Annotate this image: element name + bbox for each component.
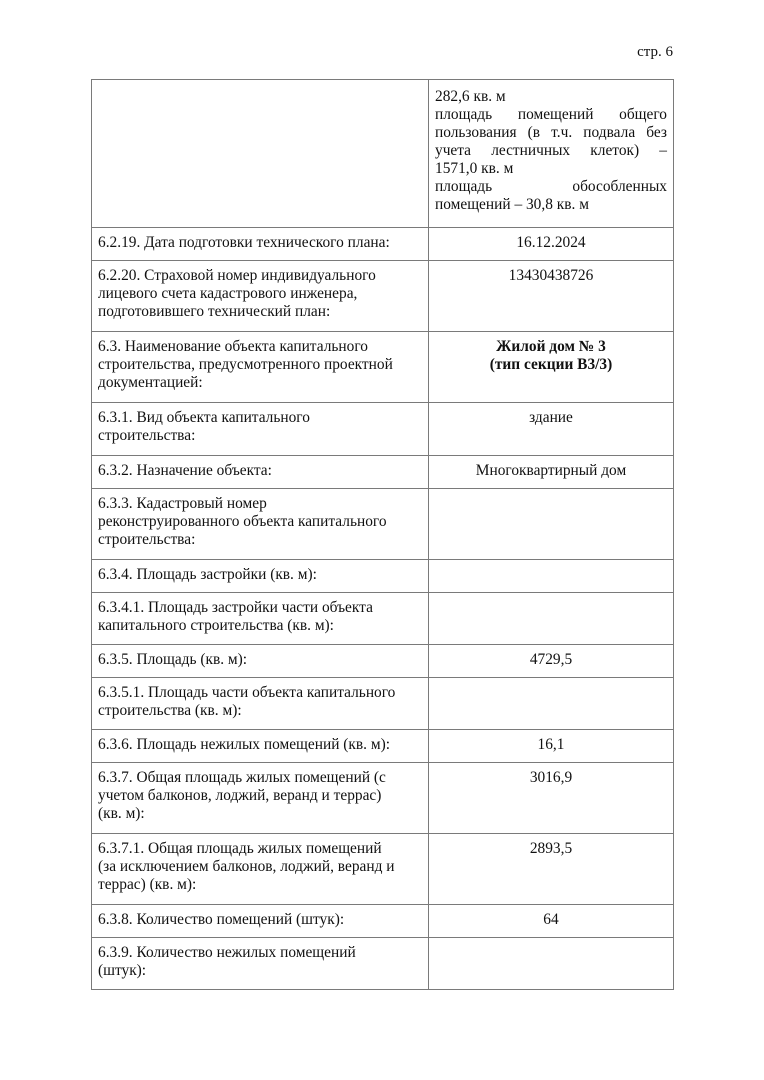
- label-line: 6.3. Наименование объекта капитального: [98, 338, 422, 356]
- label-line: (за исключением балконов, лоджий, веранд…: [98, 858, 422, 876]
- label-line: 6.3.9. Количество нежилых помещений: [98, 944, 422, 962]
- row-value: [429, 678, 674, 730]
- value-line: помещений – 30,8 кв. м: [435, 196, 667, 214]
- label-line: 6.3.5.1. Площадь части объекта капитальн…: [98, 684, 422, 702]
- row-label: 6.3.5. Площадь (кв. м):: [92, 645, 429, 678]
- value-line: площадь помещений общего: [435, 106, 667, 124]
- row-value: 64: [429, 905, 674, 938]
- label-line: 6.3.3. Кадастровый номер: [98, 495, 422, 513]
- page-number: стр. 6: [637, 44, 673, 61]
- object-characteristics-table: 282,6 кв. м площадь помещений общего пол…: [91, 79, 674, 990]
- label-line: 6.3.1. Вид объекта капитального: [98, 409, 422, 427]
- row-value: 16,1: [429, 730, 674, 763]
- row-label: 6.3. Наименование объекта капитального с…: [92, 332, 429, 403]
- row-label: 6.3.7.1. Общая площадь жилых помещений (…: [92, 834, 429, 905]
- row-value: здание: [429, 403, 674, 456]
- row-label: 6.3.3. Кадастровый номер реконструирован…: [92, 489, 429, 560]
- label-line: 6.3.4.1. Площадь застройки части объекта: [98, 599, 422, 617]
- continuation-value-cell: 282,6 кв. м площадь помещений общего пол…: [429, 80, 674, 228]
- table-row: 6.3.1. Вид объекта капитального строител…: [92, 403, 674, 456]
- row-value: [429, 938, 674, 990]
- label-line: 6.2.20. Страховой номер индивидуального: [98, 267, 422, 285]
- label-line: лицевого счета кадастрового инженера,: [98, 285, 422, 303]
- empty-label-cell: [92, 80, 429, 228]
- row-label: 6.3.8. Количество помещений (штук):: [92, 905, 429, 938]
- table-row: 282,6 кв. м площадь помещений общего пол…: [92, 80, 674, 228]
- table-row: 6.3.2. Назначение объекта: Многоквартирн…: [92, 456, 674, 489]
- table-row: 6.3.5. Площадь (кв. м): 4729,5: [92, 645, 674, 678]
- row-value: 16.12.2024: [429, 228, 674, 261]
- label-line: строительства:: [98, 531, 422, 549]
- value-line: Жилой дом № 3: [435, 338, 667, 356]
- row-value: 4729,5: [429, 645, 674, 678]
- row-label: 6.3.4.1. Площадь застройки части объекта…: [92, 593, 429, 645]
- row-value: [429, 593, 674, 645]
- row-label: 6.3.6. Площадь нежилых помещений (кв. м)…: [92, 730, 429, 763]
- row-value: 13430438726: [429, 261, 674, 332]
- table-row: 6.3.4. Площадь застройки (кв. м):: [92, 560, 674, 593]
- row-label: 6.2.20. Страховой номер индивидуального …: [92, 261, 429, 332]
- row-label: 6.3.4. Площадь застройки (кв. м):: [92, 560, 429, 593]
- table-row: 6.3.3. Кадастровый номер реконструирован…: [92, 489, 674, 560]
- value-line: (тип секции В3/3): [435, 356, 667, 374]
- label-line: капитального строительства (кв. м):: [98, 617, 422, 635]
- table-row: 6.2.20. Страховой номер индивидуального …: [92, 261, 674, 332]
- label-line: террас) (кв. м):: [98, 876, 422, 894]
- object-name-value: Жилой дом № 3 (тип секции В3/3): [429, 332, 674, 403]
- table-row: 6.3.6. Площадь нежилых помещений (кв. м)…: [92, 730, 674, 763]
- row-label: 6.3.7. Общая площадь жилых помещений (с …: [92, 763, 429, 834]
- table-row: 6.3.7. Общая площадь жилых помещений (с …: [92, 763, 674, 834]
- table-row: 6.2.19. Дата подготовки технического пла…: [92, 228, 674, 261]
- row-label: 6.3.9. Количество нежилых помещений (шту…: [92, 938, 429, 990]
- label-line: учетом балконов, лоджий, веранд и террас…: [98, 787, 422, 805]
- label-line: 6.3.7.1. Общая площадь жилых помещений: [98, 840, 422, 858]
- table-row: 6.3.9. Количество нежилых помещений (шту…: [92, 938, 674, 990]
- value-line: пользования (в т.ч. подвала без: [435, 124, 667, 142]
- label-line: 6.3.7. Общая площадь жилых помещений (с: [98, 769, 422, 787]
- label-line: (кв. м):: [98, 805, 422, 823]
- row-label: 6.3.2. Назначение объекта:: [92, 456, 429, 489]
- row-label: 6.3.1. Вид объекта капитального строител…: [92, 403, 429, 456]
- label-line: реконструированного объекта капитального: [98, 513, 422, 531]
- label-line: подготовившего технический план:: [98, 303, 422, 321]
- table-row: 6.3. Наименование объекта капитального с…: [92, 332, 674, 403]
- table-row: 6.3.5.1. Площадь части объекта капитальн…: [92, 678, 674, 730]
- row-value: Многоквартирный дом: [429, 456, 674, 489]
- value-line: 282,6 кв. м: [435, 88, 667, 106]
- value-line: учета лестничных клеток) –: [435, 142, 667, 160]
- label-line: строительства (кв. м):: [98, 702, 422, 720]
- row-value: [429, 489, 674, 560]
- value-line: 1571,0 кв. м: [435, 160, 667, 178]
- table-row: 6.3.4.1. Площадь застройки части объекта…: [92, 593, 674, 645]
- table-row: 6.3.7.1. Общая площадь жилых помещений (…: [92, 834, 674, 905]
- row-label: 6.3.5.1. Площадь части объекта капитальн…: [92, 678, 429, 730]
- row-value: 2893,5: [429, 834, 674, 905]
- label-line: документацией:: [98, 374, 422, 392]
- value-line: площадь обособленных: [435, 178, 667, 196]
- table-row: 6.3.8. Количество помещений (штук): 64: [92, 905, 674, 938]
- row-value: 3016,9: [429, 763, 674, 834]
- row-value: [429, 560, 674, 593]
- label-line: строительства, предусмотренного проектно…: [98, 356, 422, 374]
- label-line: (штук):: [98, 962, 422, 980]
- label-line: строительства:: [98, 427, 422, 445]
- row-label: 6.2.19. Дата подготовки технического пла…: [92, 228, 429, 261]
